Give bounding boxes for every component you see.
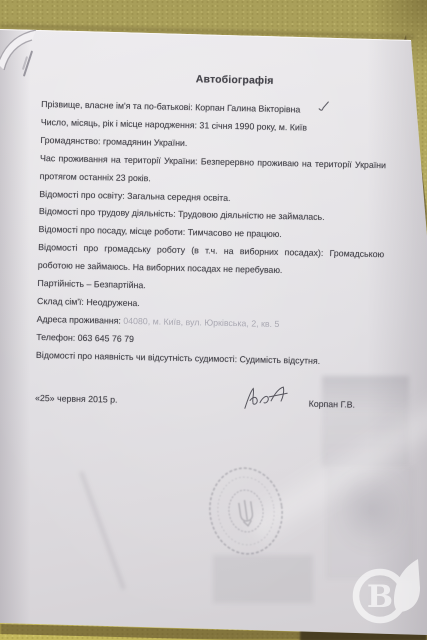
document-date: «25» червня 2015 р. (35, 390, 118, 410)
checkmark-annotation-icon (317, 101, 333, 113)
field-address-label: Адреса проживання: (37, 314, 121, 326)
handwritten-signature (241, 384, 298, 415)
trident-icon (239, 499, 255, 526)
photo-of-document: { "document": { "title": "Автобіографія"… (0, 0, 427, 640)
site-watermark-logo: В (348, 556, 427, 632)
paper-sheet: Автобіографія Прізвище, власне ім'я та п… (0, 0, 427, 640)
round-stamp (187, 449, 305, 572)
document-body: Автобіографія Прізвище, власне ім'я та п… (35, 66, 388, 415)
document-fields: Прізвище, власне ім'я та по-батькові: Ко… (36, 96, 388, 372)
signature-name: Корпан Г.В. (308, 395, 355, 414)
field-address-value: 04080, м. Київ, вул. Юрківська, 2, кв. 5 (123, 316, 279, 329)
watermark-letter: В (367, 579, 393, 615)
leaf-icon (394, 559, 420, 612)
